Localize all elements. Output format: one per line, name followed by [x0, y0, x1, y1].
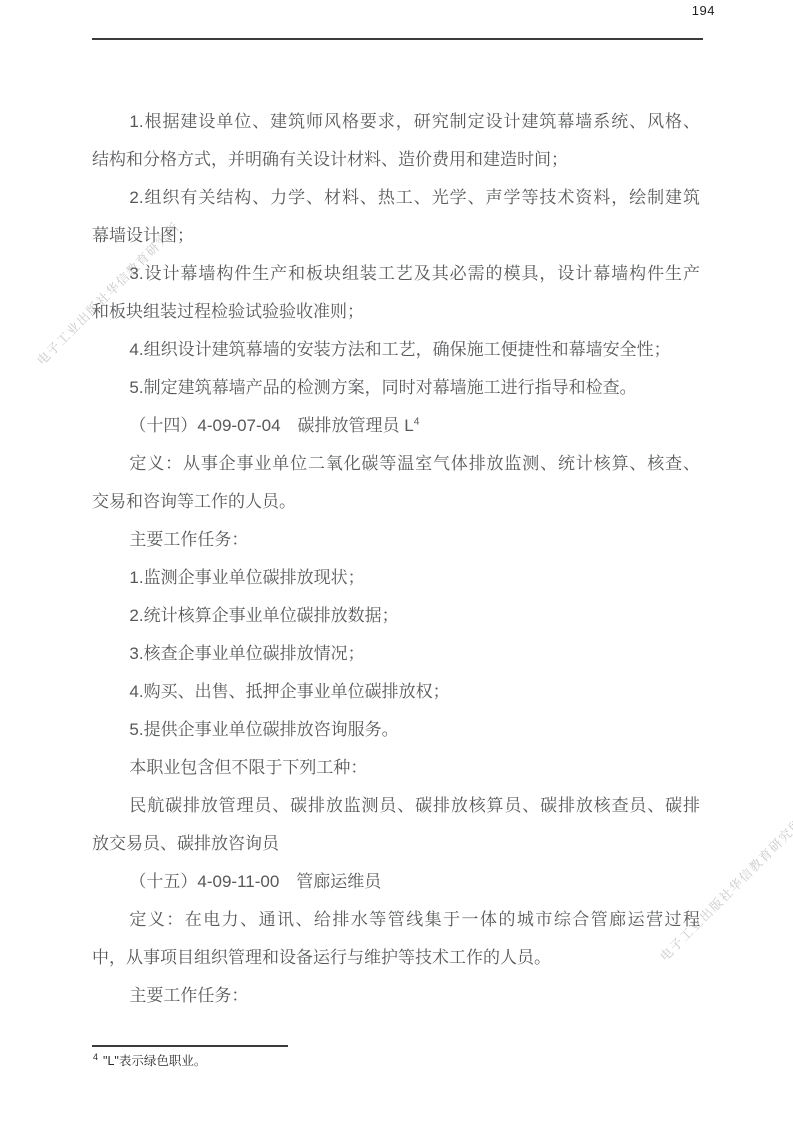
text-line: 5.提供企事业单位碳排放咨询服务。 [92, 711, 700, 749]
text-line: 民航碳排放管理员、碳排放监测员、碳排放核算员、碳排放核查员、碳排 [92, 787, 700, 825]
page-number: 194 [692, 3, 715, 18]
footnote-ref-marker: 4 [414, 416, 420, 427]
text-line: 3.设计幕墙构件生产和板块组装工艺及其必需的模具，设计幕墙构件生产 [92, 255, 700, 293]
text-line: 本职业包含但不限于下列工种： [92, 749, 700, 787]
text-line: 主要工作任务： [92, 977, 700, 1015]
text-line: 2.组织有关结构、力学、材料、热工、光学、声学等技术资料，绘制建筑 [92, 179, 700, 217]
text-line: 中，从事项目组织管理和设备运行与维护等技术工作的人员。 [92, 939, 700, 977]
document-page: 194 电子工业出版社华信教育研究所 电子工业出版社华信教育研究所 1.根据建设… [0, 0, 793, 1122]
header-rule [92, 38, 703, 40]
text-line: 4.组织设计建筑幕墙的安装方法和工艺，确保施工便捷性和幕墙安全性； [92, 331, 700, 369]
text-line: 放交易员、碳排放咨询员 [92, 825, 700, 863]
footnote-separator [92, 1045, 288, 1047]
text-line: 结构和分格方式，并明确有关设计材料、造价费用和建造时间； [92, 141, 700, 179]
footnote-text: "L"表示绿色职业。 [103, 1054, 206, 1068]
body-text: 1.根据建设单位、建筑师风格要求，研究制定设计建筑幕墙系统、风格、结构和分格方式… [92, 103, 700, 1015]
text-line: （十五）4-09-11-00 管廊运维员 [92, 863, 700, 901]
text-line: 定义：在电力、通讯、给排水等管线集于一体的城市综合管廊运营过程 [92, 901, 700, 939]
text-line: （十四）4-09-07-04 碳排放管理员 L4 [92, 407, 700, 445]
text-line: 3.核查企事业单位碳排放情况； [92, 635, 700, 673]
text-line: 2.统计核算企事业单位碳排放数据； [92, 597, 700, 635]
text-line: 幕墙设计图； [92, 217, 700, 255]
text-line: 4.购买、出售、抵押企事业单位碳排放权； [92, 673, 700, 711]
text-line: 定义：从事企事业单位二氧化碳等温室气体排放监测、统计核算、核查、 [92, 445, 700, 483]
text-line: 交易和咨询等工作的人员。 [92, 483, 700, 521]
text-line: 主要工作任务： [92, 521, 700, 559]
footnote: 4"L"表示绿色职业。 [93, 1051, 206, 1071]
text-line: 1.监测企事业单位碳排放现状； [92, 559, 700, 597]
text-line: 和板块组装过程检验试验验收准则； [92, 293, 700, 331]
footnote-marker: 4 [93, 1052, 98, 1062]
text-line: 1.根据建设单位、建筑师风格要求，研究制定设计建筑幕墙系统、风格、 [92, 103, 700, 141]
text-line: 5.制定建筑幕墙产品的检测方案，同时对幕墙施工进行指导和检查。 [92, 369, 700, 407]
